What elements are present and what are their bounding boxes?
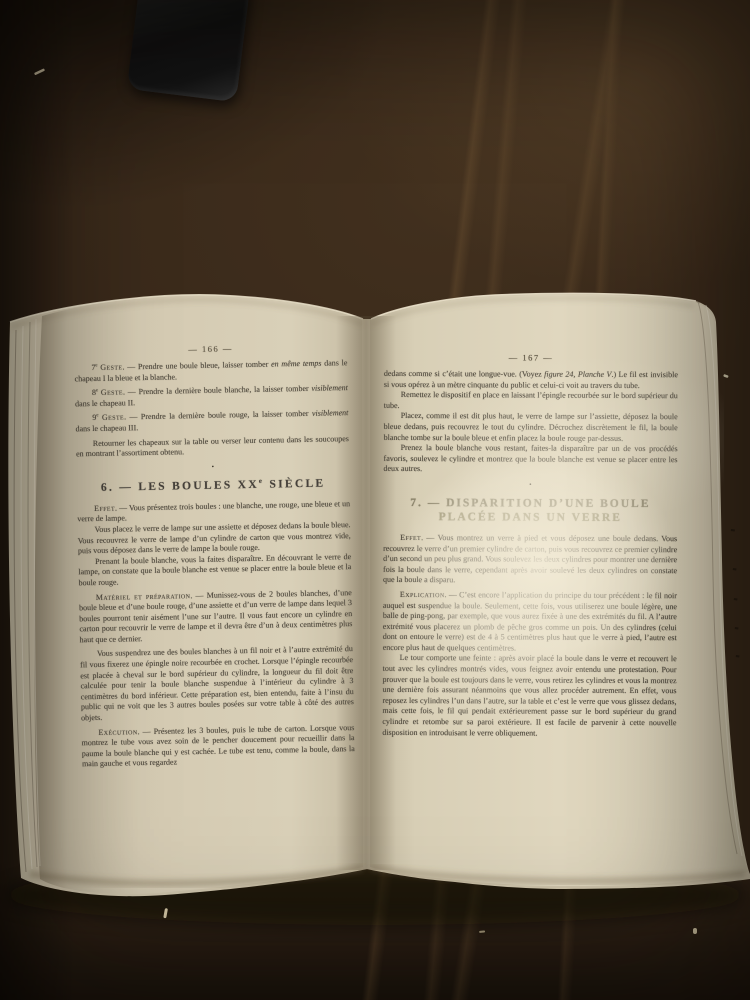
right-page-paragraphs-top: dedans comme si c’était une longue-vue. … — [383, 369, 677, 476]
paragraph: 7e Geste. — Prendre une boule bleue, lai… — [74, 358, 347, 384]
paragraph: Explication. — C’est encore l’applicatio… — [383, 590, 677, 655]
paragraph: Retourner les chapeaux sur la table ou v… — [76, 434, 349, 460]
paragraph: Vous placez le verre de lampe sur une as… — [77, 520, 351, 557]
paragraph: 9e Geste. — Prendre la dernière boule ro… — [75, 409, 348, 435]
left-page: — 166 — 7e Geste. — Prendre une boule bl… — [74, 341, 355, 770]
section-divider-dot: • — [383, 481, 677, 489]
paragraph: Vous suspendrez une des boules blanches … — [80, 645, 354, 724]
photo-scene: — 166 — 7e Geste. — Prendre une boule bl… — [0, 0, 750, 1000]
paragraph: Exécution. — Présentez les 3 boules, pui… — [81, 723, 355, 771]
right-page-paragraphs-bottom: Effet. — Vous montrez un verre à pied et… — [382, 533, 677, 740]
paragraph: Le tour comporte une feinte : après avoi… — [382, 653, 676, 739]
section-divider-dot: • — [76, 461, 349, 473]
section-heading-7-line2: PLACÉE DANS UN VERRE — [383, 510, 677, 525]
section-heading-7: 7. — DISPARITION D’UNE BOULE PLACÉE DANS… — [383, 496, 677, 525]
paragraph: Effet. — Vous montrez un verre à pied et… — [383, 533, 677, 587]
right-page-number: — 167 — — [384, 352, 678, 363]
left-page-paragraphs-bottom: Effet. — Vous présentez trois boules : u… — [77, 499, 355, 770]
paragraph: 8e Geste. — Prendre la dernière boule bl… — [75, 383, 348, 409]
paragraph: Prenant la boule blanche, vous la faites… — [78, 552, 352, 589]
page-edge-marks — [731, 529, 740, 657]
left-page-paragraphs-top: 7e Geste. — Prendre une boule bleue, lai… — [74, 358, 349, 460]
paragraph: Matériel et préparation. — Munissez-vous… — [79, 588, 353, 646]
section-heading-7-line1: 7. — DISPARITION D’UNE BOULE — [383, 496, 677, 511]
right-page: — 167 — dedans comme si c’était une long… — [382, 352, 678, 739]
paragraph: Remettez le dispositif en place en laiss… — [384, 390, 678, 412]
paragraph: Placez, comme il est dit plus haut, le v… — [384, 411, 678, 444]
section-heading-6: 6. — LES BOULES XXe SIÈCLE — [77, 477, 350, 494]
paragraph: Prenez la boule blanche vous restant, fa… — [383, 443, 677, 476]
paragraph: dedans comme si c’était une longue-vue. … — [384, 369, 678, 391]
